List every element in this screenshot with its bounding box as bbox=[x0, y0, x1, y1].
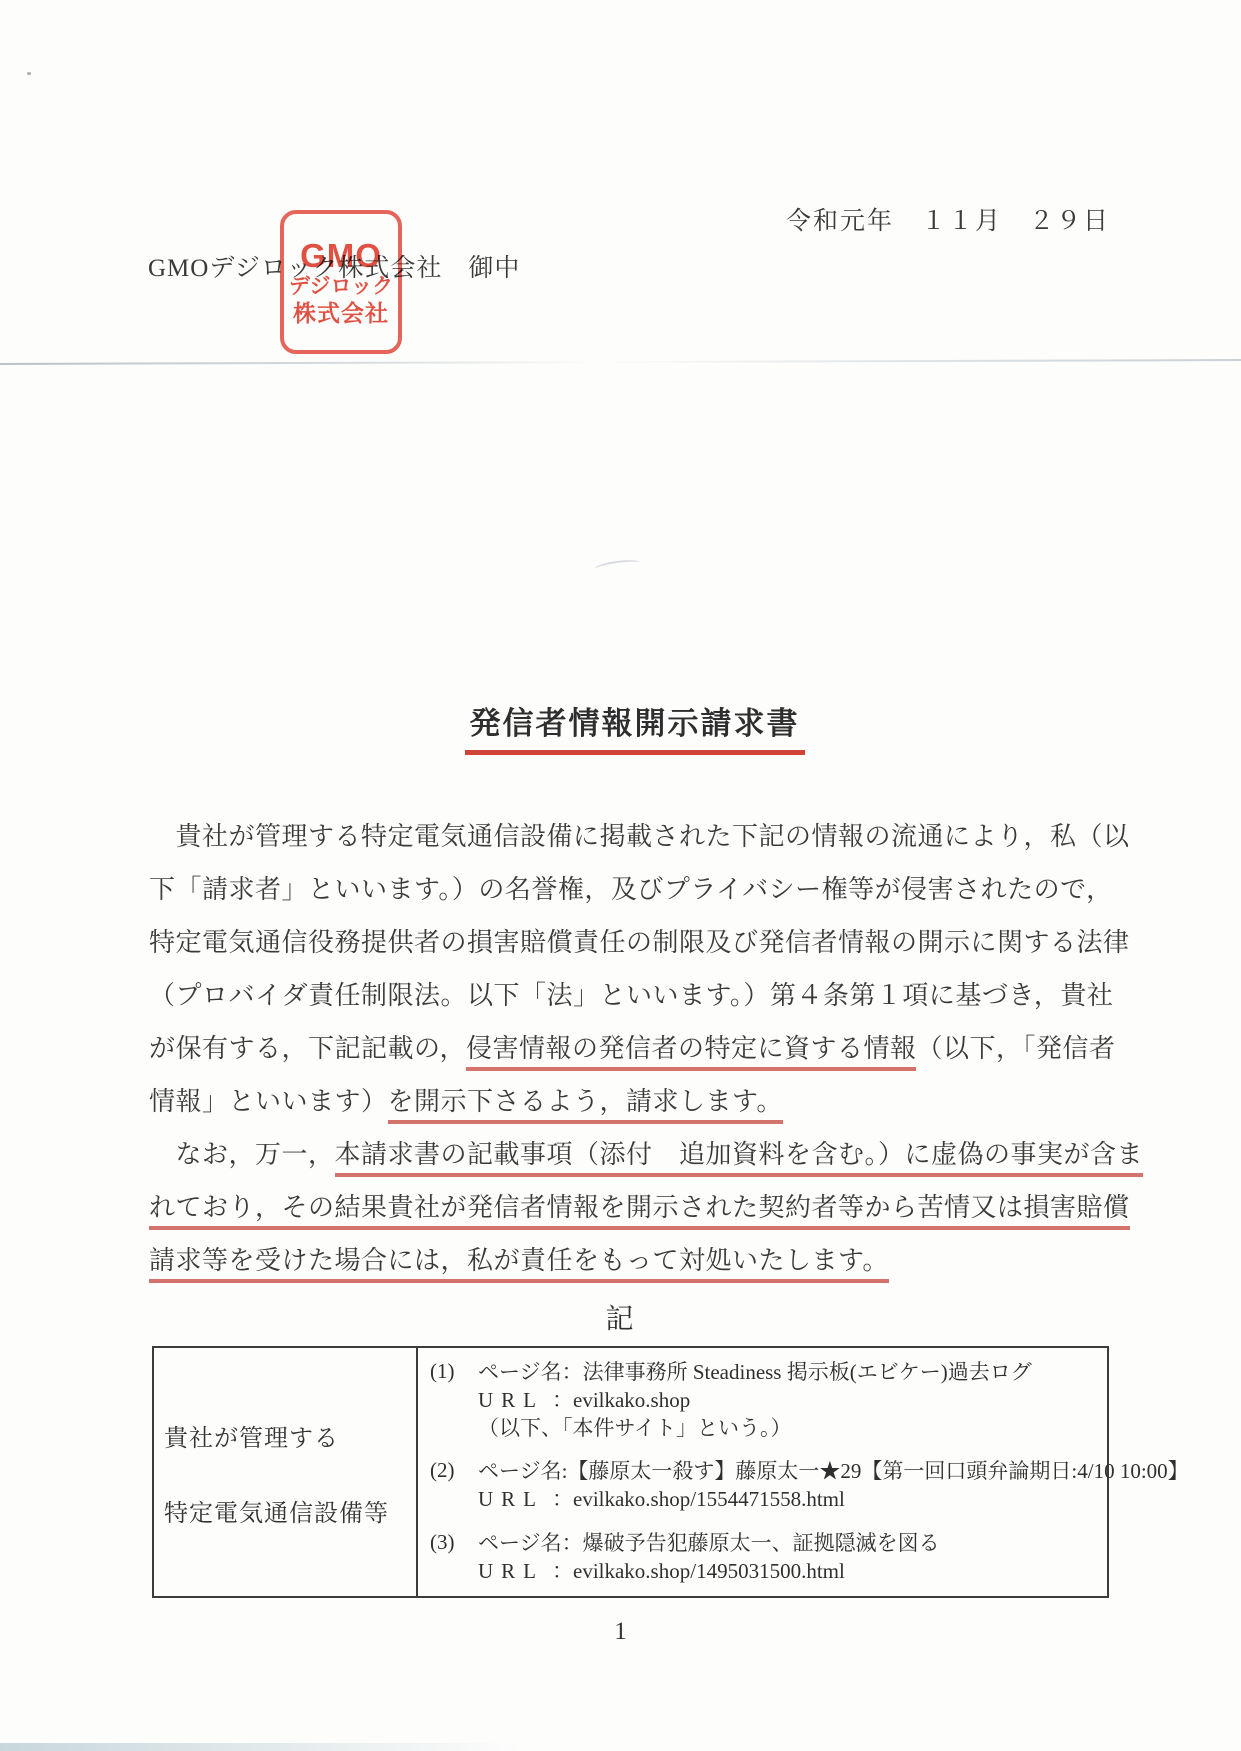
item-number: (2) bbox=[430, 1457, 478, 1513]
page-name-line: ページ名:【藤原太一殺す】藤原太一★29【第一回口頭弁論期日:4/10 10:0… bbox=[478, 1457, 1189, 1485]
item-lines: ページ名：法律事務所 Steadiness 掲示板(エビケー)過去ログ URL：… bbox=[478, 1358, 1032, 1442]
scan-fold-line bbox=[0, 359, 1241, 365]
body-segment: 情報」といいます） bbox=[149, 1087, 388, 1116]
body-segment-underlined: れており，その結果貴社が発信者情報を開示された契約者等から苦情又は損害賠償 bbox=[149, 1193, 1130, 1230]
body-line: 請求等を受けた場合には，私が責任をもって対処いたします。 bbox=[149, 1234, 1149, 1287]
body-segment-underlined: 請求等を受けた場合には，私が責任をもって対処いたします。 bbox=[149, 1246, 889, 1283]
item-number: (1) bbox=[430, 1358, 478, 1442]
url-line: URL：evilkako.shop/1495031500.html bbox=[478, 1557, 940, 1585]
body-segment: が保有する，下記記載の， bbox=[149, 1034, 466, 1063]
url-value: ：evilkako.shop/1554471558.html bbox=[552, 1487, 845, 1511]
scan-speck bbox=[27, 72, 31, 75]
item-lines: ページ名：爆破予告犯藤原太一、証拠隠滅を図る URL：evilkako.shop… bbox=[478, 1529, 940, 1585]
table-item-2: (2) ページ名:【藤原太一殺す】藤原太一★29【第一回口頭弁論期日:4/10 … bbox=[430, 1457, 1189, 1513]
body-segment-underlined: 本請求書の記載事項（添付 追加資料を含む。）に虚偽の事実が含ま bbox=[335, 1140, 1144, 1177]
company-seal-stamp: GMO デジロック 株式会社 bbox=[280, 210, 402, 354]
url-value: ：evilkako.shop/1495031500.html bbox=[552, 1559, 845, 1583]
scanned-document-page: 令和元年 １１月 ２９日 GMOデジロック株式会社 御中 GMO デジロック 株… bbox=[0, 0, 1241, 1751]
page-name-line: ページ名：爆破予告犯藤原太一、証拠隠滅を図る bbox=[478, 1529, 940, 1557]
body-segment: 貴社が管理する特定電気通信設備に掲載された下記の情報の流通により，私（以 bbox=[149, 822, 1130, 851]
body-line: （プロバイダ責任制限法。以下「法」といいます。）第４条第１項に基づき，貴社 bbox=[149, 969, 1149, 1022]
body-line: れており，その結果貴社が発信者情報を開示された契約者等から苦情又は損害賠償 bbox=[149, 1181, 1149, 1234]
document-date: 令和元年 １１月 ２９日 bbox=[786, 201, 1110, 237]
url-label: URL bbox=[478, 1559, 544, 1583]
table-item-3: (3) ページ名：爆破予告犯藤原太一、証拠隠滅を図る URL：evilkako.… bbox=[430, 1529, 1189, 1585]
body-line: 下「請求者」といいます。）の名誉権，及びプライバシー権等が侵害されたので， bbox=[149, 863, 1149, 916]
page-number: 1 bbox=[0, 1618, 1241, 1646]
table-header-cell: 貴社が管理する 特定電気通信設備等 bbox=[154, 1348, 418, 1596]
body-line: が保有する，下記記載の，侵害情報の発信者の特定に資する情報（以下，「発信者 bbox=[149, 1022, 1149, 1075]
body-line: 情報」といいます）を開示下さるよう，請求します。 bbox=[149, 1075, 1149, 1128]
scan-artifact-mark bbox=[594, 558, 641, 574]
title-row: 発信者情報開示請求書 bbox=[14, 698, 1241, 755]
stamp-line-2: デジロック bbox=[289, 276, 393, 298]
stamp-line-3: 株式会社 bbox=[293, 301, 389, 325]
url-line: URL：evilkako.shop bbox=[478, 1386, 1032, 1414]
header-cell-line-1: 貴社が管理する bbox=[164, 1418, 416, 1453]
section-marker-ki: 記 bbox=[0, 1297, 1241, 1337]
url-label: URL bbox=[478, 1388, 544, 1412]
document-title: 発信者情報開示請求書 bbox=[465, 698, 805, 755]
bottom-scan-band bbox=[0, 1743, 520, 1751]
body-line: 貴社が管理する特定電気通信設備に掲載された下記の情報の流通により，私（以 bbox=[149, 810, 1149, 863]
body-segment: （以下，「発信者 bbox=[916, 1034, 1115, 1063]
url-value: ：evilkako.shop bbox=[552, 1388, 690, 1412]
site-note-line: （以下、「本件サイト」という。） bbox=[478, 1414, 1032, 1442]
item-lines: ページ名:【藤原太一殺す】藤原太一★29【第一回口頭弁論期日:4/10 10:0… bbox=[478, 1457, 1189, 1513]
body-segment-underlined: を開示下さるよう，請求します。 bbox=[388, 1087, 783, 1124]
url-line: URL：evilkako.shop/1554471558.html bbox=[478, 1485, 1189, 1513]
url-label: URL bbox=[478, 1487, 544, 1511]
body-segment: 下「請求者」といいます。）の名誉権，及びプライバシー権等が侵害されたので， bbox=[149, 875, 1113, 904]
item-number: (3) bbox=[430, 1529, 478, 1585]
page-name-line: ページ名：法律事務所 Steadiness 掲示板(エビケー)過去ログ bbox=[478, 1358, 1032, 1386]
body-line: 特定電気通信役務提供者の損害賠償責任の制限及び発信者情報の開示に関する法律 bbox=[149, 916, 1149, 969]
header-cell-line-2: 特定電気通信設備等 bbox=[164, 1493, 416, 1528]
stamp-line-1: GMO bbox=[300, 239, 382, 274]
body-line: なお，万一，本請求書の記載事項（添付 追加資料を含む。）に虚偽の事実が含ま bbox=[149, 1128, 1149, 1181]
facilities-table: 貴社が管理する 特定電気通信設備等 (1) ページ名：法律事務所 Steadin… bbox=[152, 1346, 1109, 1598]
body-segment-underlined: 侵害情報の発信者の特定に資する情報 bbox=[466, 1034, 917, 1071]
body-segment: 特定電気通信役務提供者の損害賠償責任の制限及び発信者情報の開示に関する法律 bbox=[149, 928, 1130, 957]
body-text: 貴社が管理する特定電気通信設備に掲載された下記の情報の流通により，私（以 下「請… bbox=[149, 810, 1149, 1287]
body-segment: （プロバイダ責任制限法。以下「法」といいます。）第４条第１項に基づき，貴社 bbox=[149, 981, 1113, 1010]
table-content-cell: (1) ページ名：法律事務所 Steadiness 掲示板(エビケー)過去ログ … bbox=[418, 1348, 1197, 1596]
body-segment: なお，万一， bbox=[149, 1140, 335, 1169]
table-item-1: (1) ページ名：法律事務所 Steadiness 掲示板(エビケー)過去ログ … bbox=[430, 1358, 1189, 1442]
